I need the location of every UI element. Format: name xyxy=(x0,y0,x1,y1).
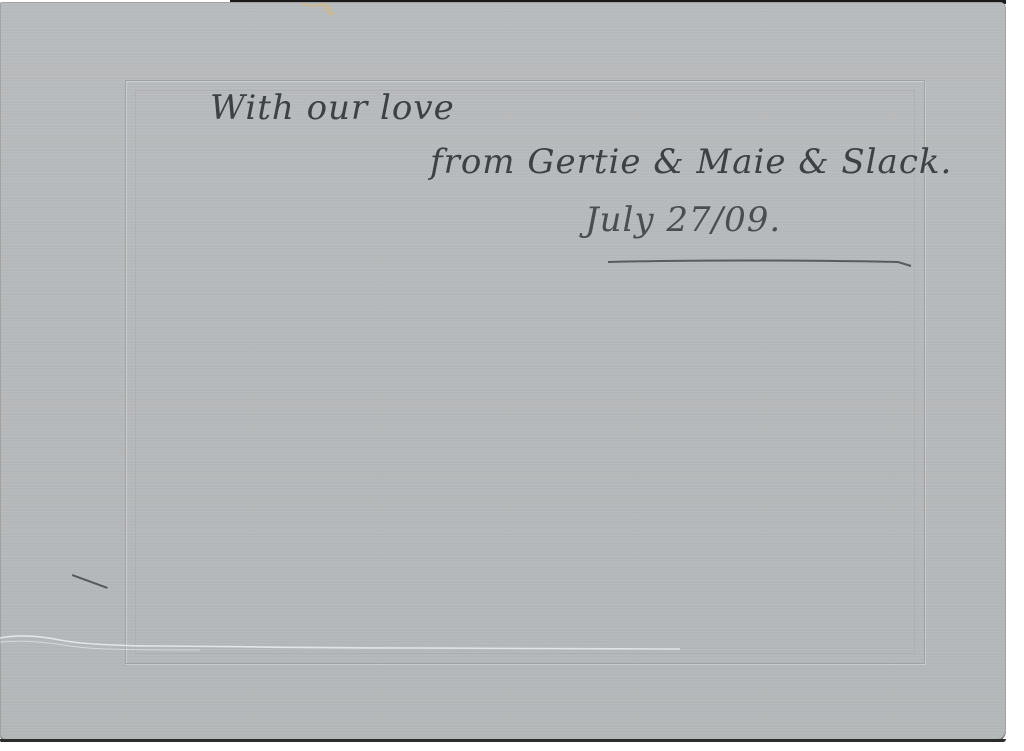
pencil-mark xyxy=(72,574,108,589)
inscription-line-2: from Gertie & Maie & Slack. xyxy=(430,142,952,182)
torn-corner-mark xyxy=(300,2,336,16)
scan-background xyxy=(1006,0,1024,751)
inscription-line-1: With our love xyxy=(210,88,455,128)
date-underline xyxy=(608,259,913,267)
photo-mount-card: With our love from Gertie & Maie & Slack… xyxy=(0,2,1006,740)
inscription-date: July 27/09. xyxy=(585,200,781,240)
paper-crease xyxy=(0,630,680,652)
